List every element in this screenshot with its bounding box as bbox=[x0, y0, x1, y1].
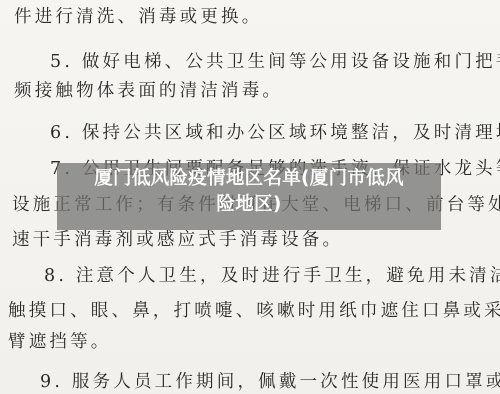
doc-line-7: 速干手消毒剂或感应式手消毒设备。 bbox=[12, 229, 343, 251]
overlay-title-line-2: 险地区) bbox=[57, 192, 441, 218]
overlay-title: 厦门低风险疫情地区名单(厦门市低风 险地区) bbox=[57, 166, 441, 218]
doc-line-8: 8. 注意个人卫生，及时进行手卫生，避免用未清洁的手 bbox=[44, 265, 500, 287]
doc-line-9: 触摸口、眼、鼻，打喷嚏、咳嗽时用纸巾遮住口鼻或采用肘 bbox=[8, 300, 500, 322]
doc-line-2: 5. 做好电梯、公共卫生间等公用设备设施和门把手等高 bbox=[50, 51, 500, 73]
doc-line-11: 9. 服务人员工作期间，佩戴一次性使用医用口罩或医用 bbox=[40, 371, 500, 393]
doc-line-4: 6. 保持公共区域和办公区域环境整洁，及时清理垃圾。 bbox=[50, 122, 500, 144]
doc-line-3: 频接触物体表面的清洁消毒。 bbox=[14, 80, 283, 102]
doc-line-10: 臂遮挡等。 bbox=[8, 331, 112, 353]
doc-line-1: 件进行清洗、消毒或更换。 bbox=[14, 6, 262, 28]
overlay-title-line-1: 厦门低风险疫情地区名单(厦门市低风 bbox=[57, 166, 441, 192]
